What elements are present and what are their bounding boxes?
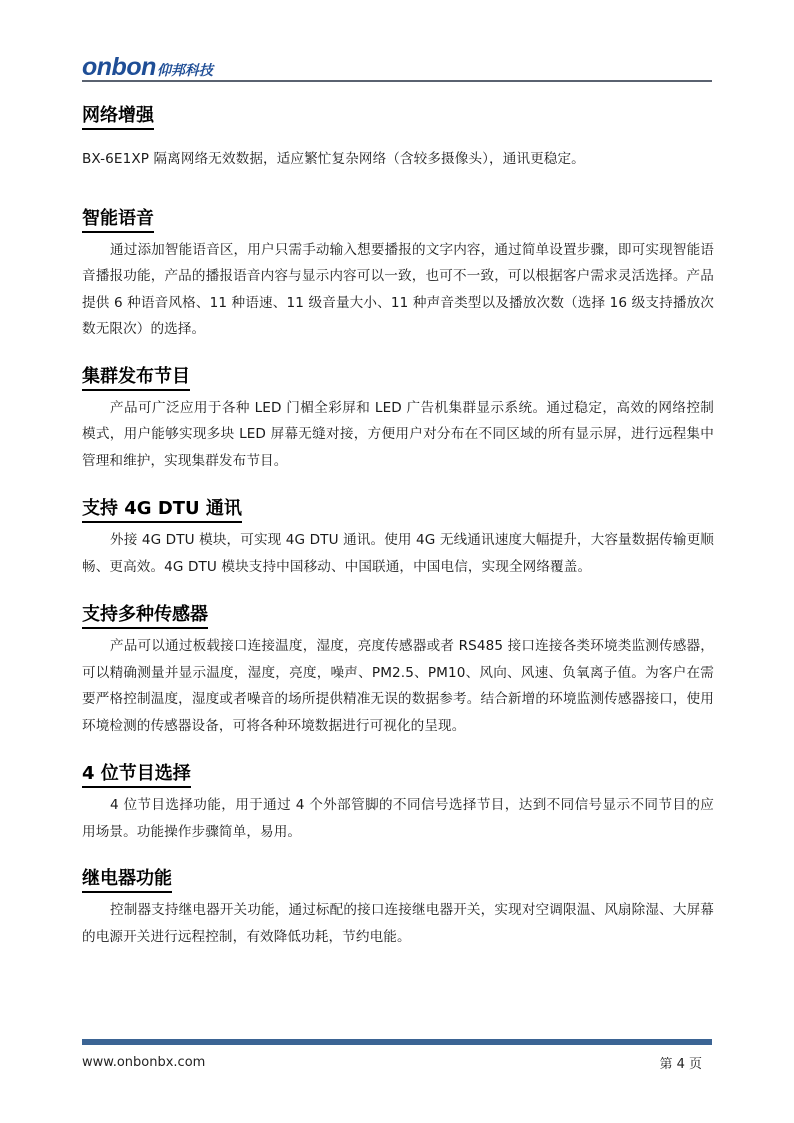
section-cluster-publishing: 集群发布节目 产品可广泛应用于各种 LED 门楣全彩屏和 LED 广告机集群显示…	[82, 365, 714, 475]
footer-divider	[82, 1039, 712, 1045]
section-sensors: 支持多种传感器 产品可以通过板载接口连接温度，湿度，亮度传感器或者 RS485 …	[82, 603, 714, 739]
header-divider	[82, 80, 712, 82]
section-heading: 网络增强	[82, 104, 154, 130]
page-header: onbon 仰邦科技	[82, 54, 712, 82]
section-relay: 继电器功能 控制器支持继电器开关功能，通过标配的接口连接继电器开关，实现对空调限…	[82, 867, 714, 950]
section-network-enhancement: 网络增强 BX-6E1XP 隔离网络无效数据，适应繁忙复杂网络（含较多摄像头），…	[82, 104, 714, 173]
section-paragraph: 产品可广泛应用于各种 LED 门楣全彩屏和 LED 广告机集群显示系统。通过稳定…	[82, 395, 714, 475]
section-paragraph: 外接 4G DTU 模块，可实现 4G DTU 通讯。使用 4G 无线通讯速度大…	[82, 527, 714, 580]
section-paragraph: 通过添加智能语音区，用户只需手动输入想要播报的文字内容，通过简单设置步骤，即可实…	[82, 237, 714, 343]
section-heading: 集群发布节目	[82, 365, 190, 391]
section-heading: 支持 4G DTU 通讯	[82, 497, 242, 523]
page-footer: www.onbonbx.com 第 4 页	[82, 1039, 712, 1072]
section-heading: 智能语音	[82, 207, 154, 233]
footer-website: www.onbonbx.com	[82, 1055, 205, 1070]
document-body: 网络增强 BX-6E1XP 隔离网络无效数据，适应繁忙复杂网络（含较多摄像头），…	[82, 104, 714, 950]
section-paragraph: 4 位节目选择功能，用于通过 4 个外部管脚的不同信号选择节目，达到不同信号显示…	[82, 792, 714, 845]
section-heading: 支持多种传感器	[82, 603, 208, 629]
page-number: 第 4 页	[659, 1053, 702, 1072]
section-heading: 继电器功能	[82, 867, 172, 893]
section-paragraph: 产品可以通过板载接口连接温度，湿度，亮度传感器或者 RS485 接口连接各类环境…	[82, 633, 714, 739]
section-4g-dtu: 支持 4G DTU 通讯 外接 4G DTU 模块，可实现 4G DTU 通讯。…	[82, 497, 714, 580]
section-heading: 4 位节目选择	[82, 762, 191, 788]
section-smart-voice: 智能语音 通过添加智能语音区，用户只需手动输入想要播报的文字内容，通过简单设置步…	[82, 207, 714, 343]
logo-wordmark: onbon	[82, 54, 156, 80]
section-paragraph: BX-6E1XP 隔离网络无效数据，适应繁忙复杂网络（含较多摄像头），通讯更稳定…	[82, 146, 714, 173]
section-paragraph: 控制器支持继电器开关功能，通过标配的接口连接继电器开关，实现对空调限温、风扇除湿…	[82, 897, 714, 950]
section-program-selection: 4 位节目选择 4 位节目选择功能，用于通过 4 个外部管脚的不同信号选择节目，…	[82, 762, 714, 845]
